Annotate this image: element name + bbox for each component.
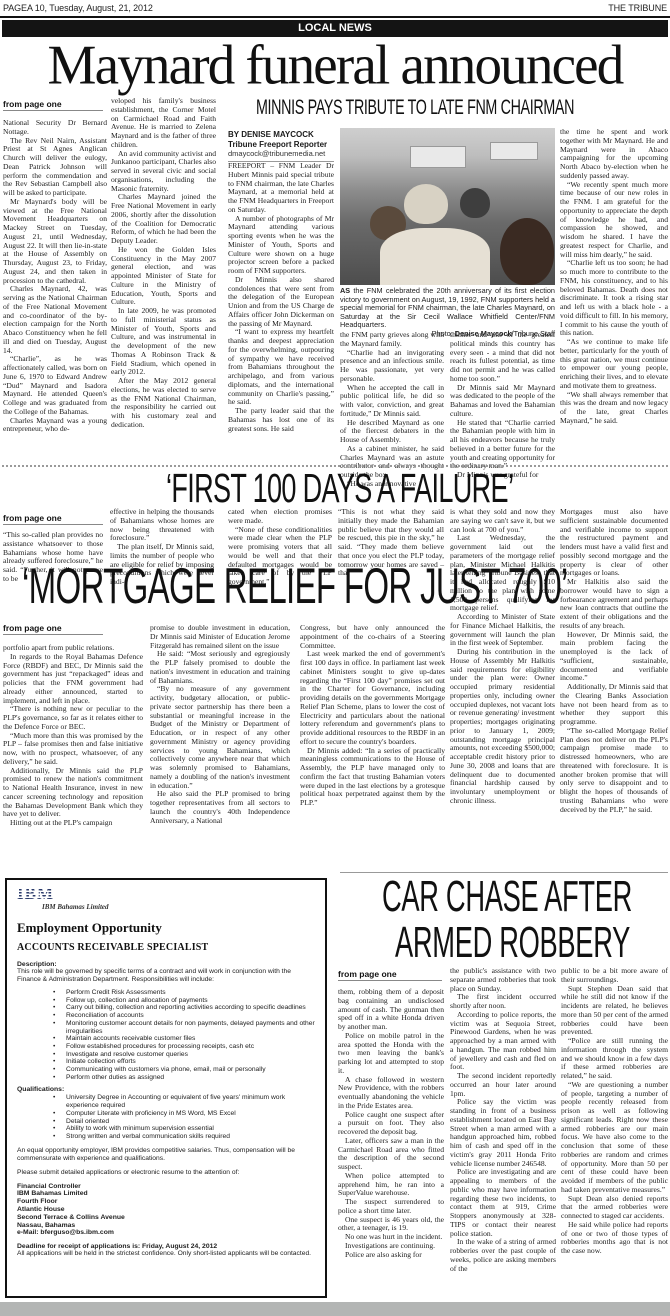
attendee-head — [500, 218, 554, 285]
paragraph: The suspect surrendered to police a shor… — [338, 1198, 444, 1216]
list-item: Ability to work with minimum supervision… — [53, 1125, 315, 1133]
minnis-column-4: the time he spent and work together with… — [560, 128, 668, 426]
paragraph: “Police are still running the informatio… — [561, 1037, 668, 1081]
list-item: Detail oriented — [53, 1118, 315, 1126]
paragraph: Supt Stephen Dean said that while he sti… — [561, 985, 668, 1038]
address-line: Nassau, Bahamas — [17, 1222, 315, 1230]
paragraph: He also said the PLP promised to bring t… — [150, 790, 290, 825]
carchase-column-1: them, robbing them of a deposit bag cont… — [338, 988, 444, 1259]
first100-column-5: is what they sold and now they are sayin… — [450, 508, 555, 806]
carchase-column-3: public to be a bit more aware of their s… — [561, 967, 668, 1256]
paragraph: “We recently spent much more time becaus… — [560, 181, 668, 260]
byline-email[interactable]: dmaycock@tribunemedia.net — [228, 149, 334, 162]
paragraph: promise to double investment in educatio… — [150, 624, 290, 650]
carchase-from-page-label: from page one — [338, 969, 442, 981]
paragraph: cated when election promises were made. — [228, 508, 332, 526]
list-item: Follow up, collection and allocation of … — [53, 997, 315, 1005]
address-line: Atlantic House — [17, 1206, 315, 1214]
list-item: Monitoring customer account details for … — [53, 1020, 315, 1035]
paragraph: FREEPORT – FNM Leader Dr Hubert Minnis p… — [228, 162, 334, 215]
paragraph: veloped his family's business establishm… — [111, 97, 216, 150]
paragraph: A chase followed in western New Providen… — [338, 1076, 444, 1111]
minnis-column-3: thinker and one of the greatest politica… — [450, 331, 555, 480]
projector-screen — [410, 146, 466, 168]
paragraph: He described Maynard as one of the fierc… — [340, 419, 444, 445]
mortgage-column-2: promise to double investment in educatio… — [150, 624, 290, 825]
paragraph: Dr Minnis said Mr Maynard was dedicated … — [450, 384, 555, 419]
paragraph: When he accepted the call in public poli… — [340, 384, 444, 419]
paragraph: A number of photographs of Mr Maynard at… — [228, 215, 334, 276]
maynard-column-1: National Security Dr Bernard Nottage.The… — [3, 119, 107, 434]
address-line: IBM Bahamas Limited — [17, 1190, 315, 1198]
carchase-column-2: the public's assistance with two separat… — [450, 967, 556, 1273]
application-deadline: Deadline for receipt of applications is:… — [17, 1243, 315, 1250]
paragraph: One suspect is 46 years old, the other, … — [338, 1216, 444, 1234]
paragraph: Police caught one suspect after a pursui… — [338, 1111, 444, 1137]
attendee-head — [404, 184, 448, 224]
paragraph: Charles Maynard was a young entrepreneur… — [3, 417, 107, 435]
mortgage-from-page-label: from page one — [3, 623, 103, 635]
paragraph: The Rev Neil Nairn, Assistant Priest at … — [3, 137, 107, 198]
paragraph: The party leader said that the Bahamas h… — [228, 407, 334, 433]
submit-instructions: Please submit detailed applications or e… — [17, 1169, 315, 1177]
email-address[interactable]: e-Mail: bferguso@bs.ibm.com — [17, 1229, 315, 1237]
paragraph: Hitting out at the PLP's campaign — [3, 819, 143, 828]
description-label: Description: — [17, 961, 315, 968]
attendee-head — [460, 188, 490, 218]
first100-headline: ‘FIRST 100 DAYS A FAILURE’ — [166, 467, 513, 509]
folio-rule — [0, 16, 670, 18]
paragraph: In late 2009, he was promoted to full mi… — [111, 307, 216, 377]
address-line: Financial Controller — [17, 1183, 315, 1191]
paragraph: He won the Golden Isles Constituency in … — [111, 246, 216, 307]
paragraph: “As we continue to make life better, par… — [560, 338, 668, 391]
list-item: Investigate and resolve customer queries — [53, 1051, 315, 1059]
attendee-shirt — [380, 228, 490, 285]
paragraph: “By no measure of any government activit… — [150, 685, 290, 790]
carchase-headline-line1: CAR CHASE AFTER — [382, 874, 632, 920]
paragraph: National Security Dr Bernard Nottage. — [3, 119, 107, 137]
minnis-headline: MINNIS PAYS TRIBUTE TO LATE FNM CHAIRMAN — [256, 96, 574, 120]
mortgage-headline: ‘MORTGAGE RELIEF FOR JUST 700’ — [22, 560, 568, 612]
paragraph: thinker and one of the greatest politica… — [450, 331, 555, 384]
list-item: Strong written and verbal communication … — [53, 1133, 315, 1141]
carchase-headline-line2: ARMED ROBBERY — [395, 920, 630, 966]
first100-column-6: Mortgages must also have sufficient sust… — [560, 508, 668, 814]
byline-title: Tribune Freeport Reporter — [228, 140, 334, 150]
paragraph: effective in helping the thousands of Ba… — [110, 508, 214, 543]
paragraph: the public's assistance with two separat… — [450, 967, 556, 993]
list-item: Computer Literate with proficiency in MS… — [53, 1110, 315, 1118]
paragraph: “Much more than this was promised by the… — [3, 732, 143, 767]
first100-from-page-label: from page one — [3, 513, 103, 525]
mailing-address: Financial ControllerIBM Bahamas LimitedF… — [17, 1183, 315, 1238]
paragraph: He said: “Most seriously and egregiously… — [150, 650, 290, 685]
confidentiality-note: All applications will be held in the str… — [17, 1250, 315, 1258]
paragraph: An avid community activist and Junkanoo … — [111, 150, 216, 194]
paragraph: Police say the victim was standing in fr… — [450, 1098, 556, 1168]
paragraph: “The so-called Mortgage Relief Plan does… — [560, 727, 668, 815]
ad-title: Employment Opportunity — [17, 920, 315, 936]
paragraph: Charles Maynard, 42, was serving as the … — [3, 285, 107, 355]
list-item: Follow established procedures for proces… — [53, 1043, 315, 1051]
paragraph: “I want to express my heartfelt thanks a… — [228, 328, 334, 407]
paragraph: Additionally, Dr Minnis said the PLP pro… — [3, 767, 143, 820]
mortgage-column-3: Congress, but have only announced the ap… — [300, 624, 445, 808]
paragraph: When police attempted to apprehend him, … — [338, 1172, 444, 1198]
paragraph: Last week marked the end of government's… — [300, 650, 445, 746]
list-item: Reconciliation of accounts — [53, 1012, 315, 1020]
minnis-column-1: FREEPORT – FNM Leader Dr Hubert Minnis p… — [228, 162, 334, 433]
list-item: Perform Credit Risk Assessments — [53, 989, 315, 997]
list-item: Maintain accounts receivable customer fi… — [53, 1035, 315, 1043]
paragraph: Mortgages must also have sufficient sust… — [560, 508, 668, 578]
address-line: Fourth Floor — [17, 1198, 315, 1206]
paragraph: “Charlie”, as he was affectionately call… — [3, 355, 107, 416]
paragraph: In the wake of a string of armed robberi… — [450, 1238, 556, 1273]
paragraph: Later, officers saw a man in the Carmich… — [338, 1137, 444, 1172]
memorial-photo — [340, 128, 555, 285]
maynard-from-page-label: from page one — [3, 99, 103, 111]
paragraph: “We are questioning a number of people, … — [561, 1081, 668, 1195]
ibm-job-ad: IBM IBM Bahamas Limited Employment Oppor… — [5, 878, 327, 1298]
byline-name: BY DENISE MAYCOCK — [228, 130, 334, 140]
paragraph: public to be a bit more aware of their s… — [561, 967, 668, 985]
ibm-logo: IBM — [17, 886, 57, 902]
paragraph: “There is nothing new or peculiar to the… — [3, 705, 143, 731]
paragraph: Mr Maynard's body will be viewed at the … — [3, 198, 107, 286]
paragraph: In regards to the Royal Bahamas Defence … — [3, 653, 143, 706]
list-item: Communicating with customers via phone, … — [53, 1066, 315, 1074]
paragraph: The first incident occurred shortly afte… — [450, 993, 556, 1011]
page-bottom-bar — [0, 1302, 670, 1316]
paragraph: Police on mobile patrol in the area spot… — [338, 1032, 444, 1076]
list-item: University Degree in Accounting or equiv… — [53, 1094, 315, 1109]
paragraph: Police are also asking for — [338, 1251, 444, 1260]
qualifications-list: University Degree in Accounting or equiv… — [53, 1094, 315, 1140]
newspaper-name: THE TRIBUNE — [608, 3, 667, 13]
paragraph: However, Dr Minnis said, the main proble… — [560, 631, 668, 684]
paragraph: Police are investigating and are appeali… — [450, 1168, 556, 1238]
paragraph: the time he spent and work together with… — [560, 128, 668, 181]
paragraph: is what they sold and now they are sayin… — [450, 508, 555, 534]
paragraph: He stated that “Charlie carried the Baha… — [450, 419, 555, 472]
responsibilities-list: Perform Credit Risk AssessmentsFollow up… — [53, 989, 315, 1081]
paragraph: Mr Halkitis also said the borrower would… — [560, 578, 668, 631]
projector-screen — [490, 142, 538, 160]
paragraph: He said while police had reports of one … — [561, 1221, 668, 1256]
qualifications-label: Qualifications: — [17, 1086, 315, 1093]
paragraph: Additionally, Dr Minnis said that the Cl… — [560, 683, 668, 727]
paragraph: them, robbing them of a deposit bag cont… — [338, 988, 444, 1032]
paragraph: Dr Minnis added: “In a series of practic… — [300, 747, 445, 808]
list-item: Carry out billing, collection and report… — [53, 1004, 315, 1012]
ibm-company-name: IBM Bahamas Limited — [42, 903, 315, 911]
paragraph: Dr Minnis also shared condolences that w… — [228, 276, 334, 329]
list-item: Initiate collection efforts — [53, 1058, 315, 1066]
page-folio-date: PAGEA 10, Tuesday, August, 21, 2012 — [3, 3, 153, 13]
paragraph: During his contribution in the House of … — [450, 648, 555, 806]
equal-opportunity-text: An equal opportunity employer, IBM provi… — [17, 1147, 315, 1163]
ad-role: ACCOUNTS RECEIVABLE SPECIALIST — [17, 942, 315, 953]
caption-text: the FNM celebrated the 20th anniversary … — [340, 286, 555, 329]
mortgage-column-1: portfolio apart from public relations.In… — [3, 644, 143, 828]
paragraph: According to police reports, the victim … — [450, 1011, 556, 1072]
description-text: This role will be governed by specific t… — [17, 968, 315, 984]
paragraph: “We shall always remember that this was … — [560, 391, 668, 426]
paragraph: Charles Maynard joined the Free National… — [111, 193, 216, 246]
paragraph: According to Minister of State for Finan… — [450, 613, 555, 648]
address-line: Second Terrace & Collins Avenue — [17, 1214, 315, 1222]
list-item: Perform other duties as assigned — [53, 1074, 315, 1082]
maynard-column-2: veloped his family's business establishm… — [111, 97, 216, 430]
minnis-byline: BY DENISE MAYCOCK Tribune Freeport Repor… — [228, 130, 334, 162]
paragraph: the FNM party grieves along with the May… — [340, 331, 444, 349]
maynard-headline: Maynard funeral announced — [0, 35, 670, 94]
paragraph: The second incident reportedly occurred … — [450, 1072, 556, 1098]
paragraph: Supt Dean also denied reports that the a… — [561, 1195, 668, 1221]
paragraph: “Charlie left us too soon; he had so muc… — [560, 259, 668, 338]
paragraph: Congress, but have only announced the ap… — [300, 624, 445, 650]
paragraph: “Charlie had an invigorating presence an… — [340, 349, 444, 384]
paragraph: After the May 2012 general elections, he… — [111, 377, 216, 430]
